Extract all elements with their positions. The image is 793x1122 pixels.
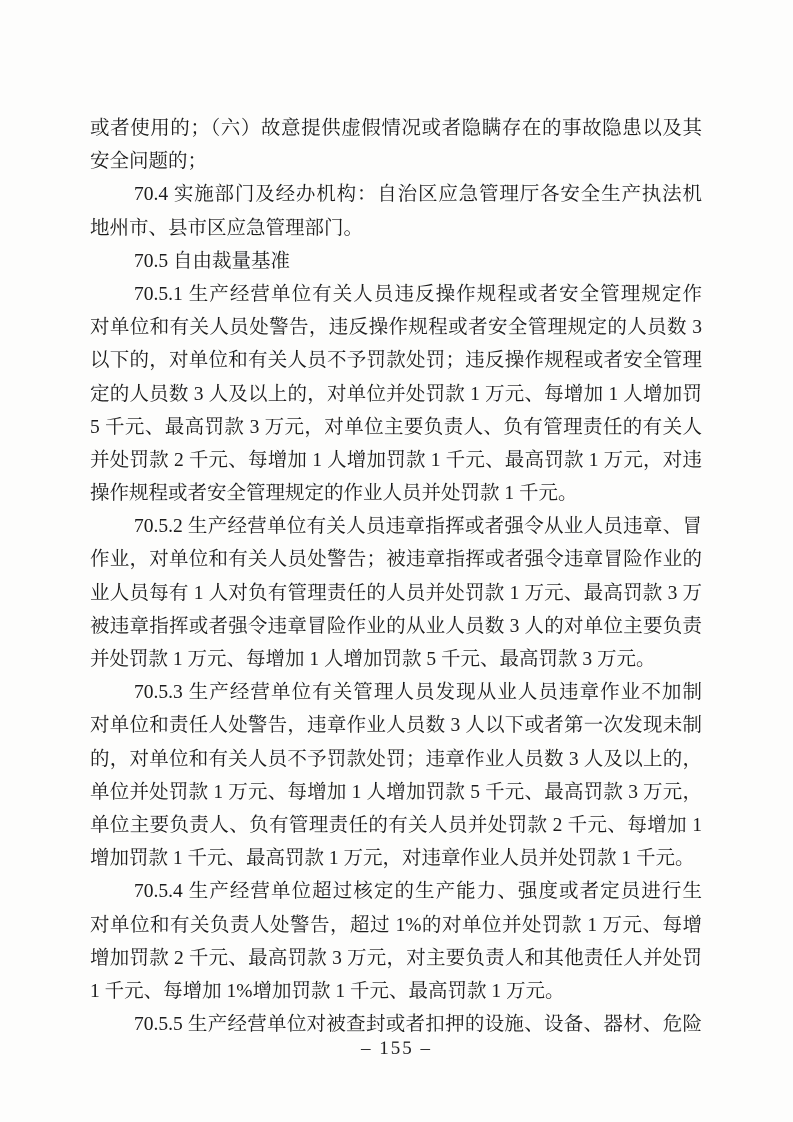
- text-line: 定的人员数 3 人及以上的，对单位并处罚款 1 万元、每增加 1 人增加罚款: [90, 378, 702, 411]
- text-line: 并处罚款 1 万元、每增加 1 人增加罚款 5 千元、最高罚款 3 万元。: [90, 643, 702, 676]
- text-line: 安全问题的；: [90, 145, 702, 178]
- text-line: 70.5.4 生产经营单位超过核定的生产能力、强度或者定员进行生产，: [90, 875, 702, 908]
- text-line: 的，对单位和有关人员不予罚款处罚；违章作业人员数 3 人及以上的，对: [90, 743, 702, 776]
- text-line: 操作规程或者安全管理规定的作业人员并处罚款 1 千元。: [90, 477, 702, 510]
- text-line: 70.5.5 生产经营单位对被查封或者扣押的设施、设备、器材、危险物: [90, 1008, 702, 1041]
- body-text: 或者使用的；（六）故意提供虚假情况或者隐瞒存在的事故隐患以及其他 安全问题的； …: [90, 112, 702, 1041]
- text-line: 或者使用的；（六）故意提供虚假情况或者隐瞒存在的事故隐患以及其他: [90, 112, 702, 145]
- text-line: 增加罚款 2 千元、最高罚款 3 万元，对主要负责人和其他责任人并处罚款: [90, 942, 702, 975]
- text-line: 对单位和有关负责人处警告，超过 1%的对单位并处罚款 1 万元、每增加 1%: [90, 909, 702, 942]
- text-line: 70.5.3 生产经营单位有关管理人员发现从业人员违章作业不加制止，: [90, 676, 702, 709]
- text-line: 5 千元、最高罚款 3 万元，对单位主要负责人、负有管理责任的有关人员: [90, 411, 702, 444]
- text-line: 单位主要负责人、负有管理责任的有关人员并处罚款 2 千元、每增加 1 人: [90, 809, 702, 842]
- text-line: 对单位和责任人处警告，违章作业人员数 3 人以下或者第一次发现未制止: [90, 709, 702, 742]
- text-line: 70.5.2 生产经营单位有关人员违章指挥或者强令从业人员违章、冒险: [90, 510, 702, 543]
- text-line: 以下的，对单位和有关人员不予罚款处罚；违反操作规程或者安全管理规: [90, 344, 702, 377]
- text-line: 对单位和有关人员处警告，违反操作规程或者安全管理规定的人员数 3 人: [90, 311, 702, 344]
- text-line: 并处罚款 2 千元、每增加 1 人增加罚款 1 千元、最高罚款 1 万元，对违反: [90, 444, 702, 477]
- page-number: – 155 –: [0, 1038, 793, 1060]
- text-line: 1 千元、每增加 1%增加罚款 1 千元、最高罚款 1 万元。: [90, 975, 702, 1008]
- text-line: 70.4 实施部门及经办机构：自治区应急管理厅各安全生产执法机构，: [90, 178, 702, 211]
- text-line: 70.5.1 生产经营单位有关人员违反操作规程或者安全管理规定作业，: [90, 278, 702, 311]
- text-line: 单位并处罚款 1 万元、每增加 1 人增加罚款 5 千元、最高罚款 3 万元，对: [90, 776, 702, 809]
- document-page: 或者使用的；（六）故意提供虚假情况或者隐瞒存在的事故隐患以及其他 安全问题的； …: [0, 0, 793, 1122]
- text-line: 被违章指挥或者强令违章冒险作业的从业人员数 3 人的对单位主要负责人: [90, 610, 702, 643]
- text-line: 业人员每有 1 人对负有管理责任的人员并处罚款 1 万元、最高罚款 3 万元，: [90, 577, 702, 610]
- text-line: 70.5 自由裁量基准: [90, 245, 702, 278]
- text-line: 作业，对单位和有关人员处警告；被违章指挥或者强令违章冒险作业的从: [90, 543, 702, 576]
- text-line: 地州市、县市区应急管理部门。: [90, 212, 702, 245]
- text-line: 增加罚款 1 千元、最高罚款 1 万元，对违章作业人员并处罚款 1 千元。: [90, 842, 702, 875]
